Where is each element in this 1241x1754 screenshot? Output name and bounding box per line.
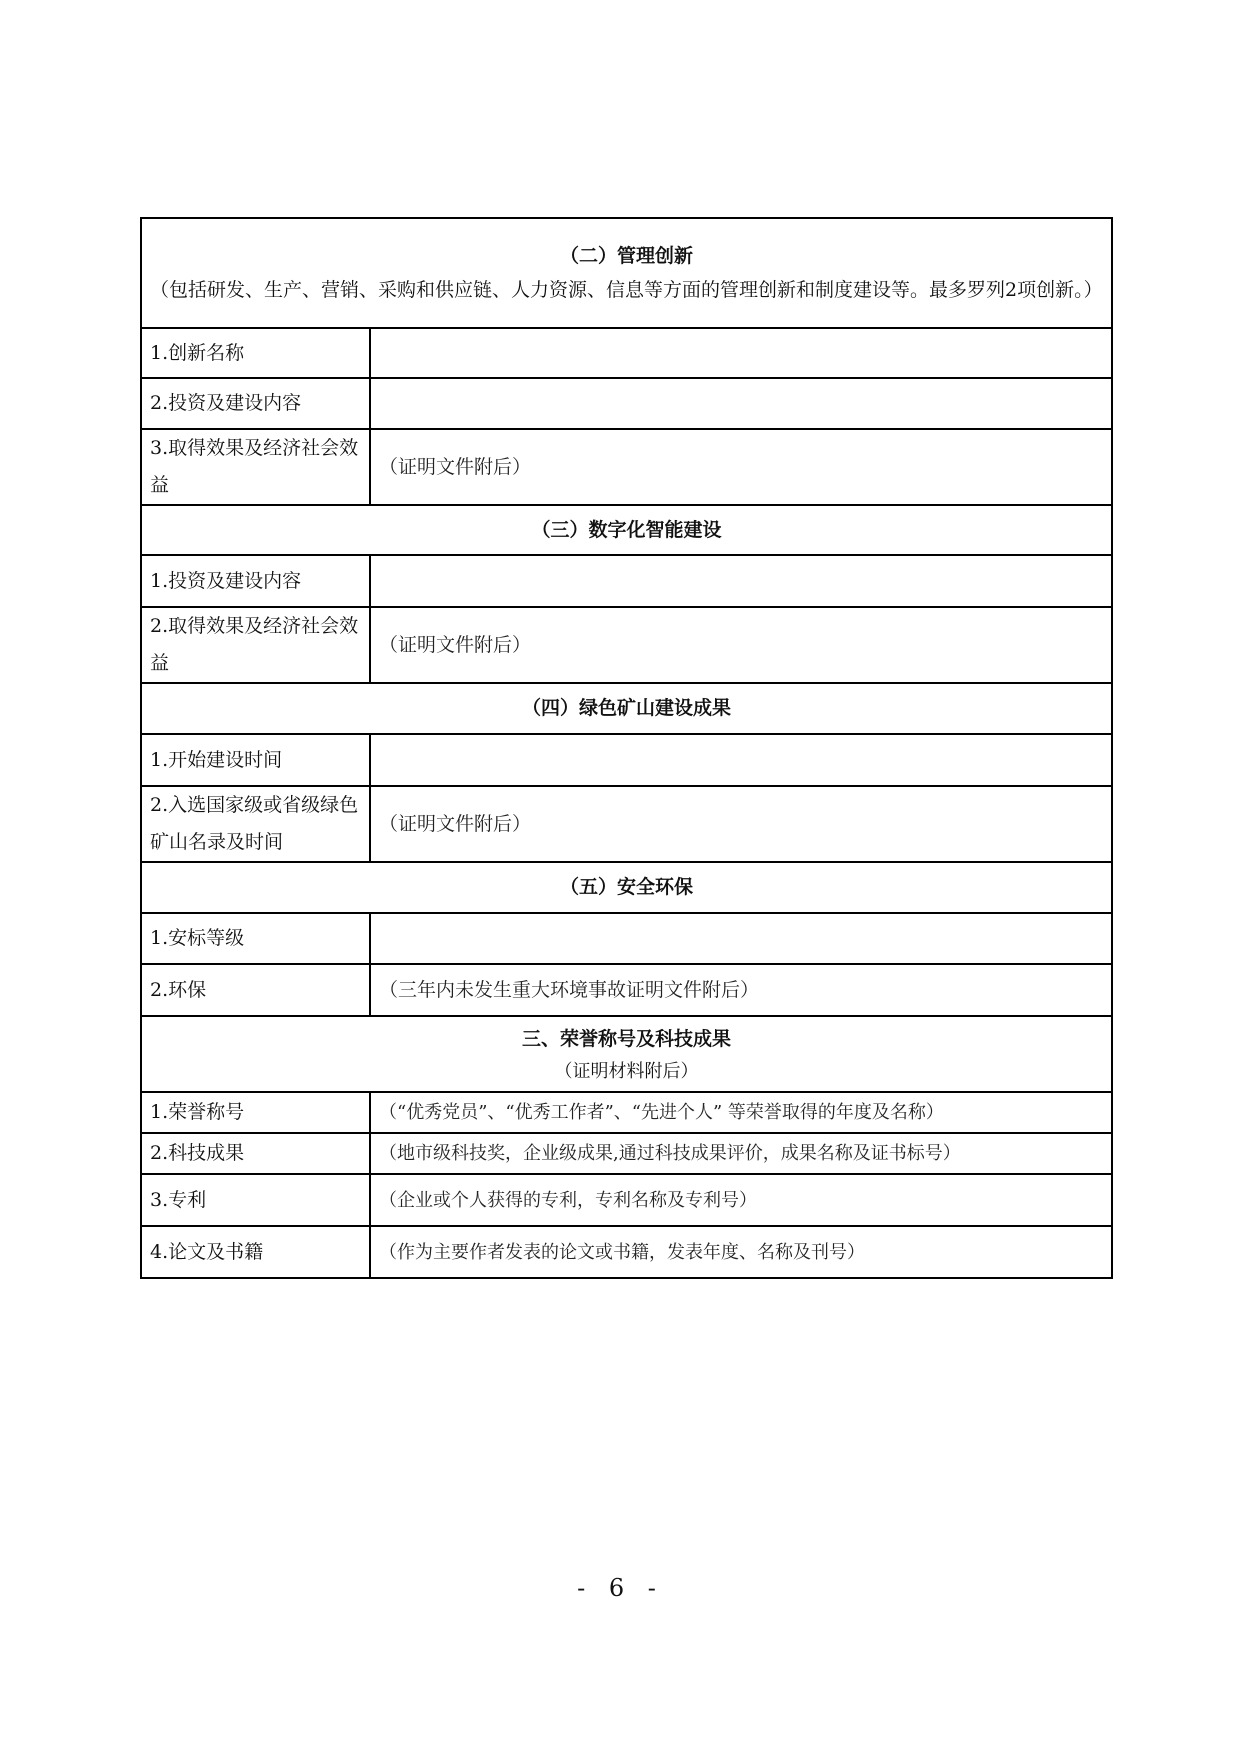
section-title-safety: （五）安全环保 bbox=[141, 862, 1112, 913]
row-value-field[interactable] bbox=[370, 555, 1112, 607]
table-row: 3.专利 （企业或个人获得的专利，专利名称及专利号） bbox=[141, 1174, 1112, 1226]
table-row: 2.入选国家级或省级绿色矿山名录及时间 （证明文件附后） bbox=[141, 786, 1112, 862]
row-label: 2.取得效果及经济社会效益 bbox=[141, 607, 370, 683]
table-row: 2.取得效果及经济社会效益 （证明文件附后） bbox=[141, 607, 1112, 683]
row-value-field[interactable]: （证明文件附后） bbox=[370, 429, 1112, 505]
section-title-honors: 三、荣誉称号及科技成果 bbox=[150, 1021, 1103, 1057]
row-label: 3.专利 bbox=[141, 1174, 370, 1226]
section-header-digital: （三）数字化智能建设 bbox=[141, 505, 1112, 555]
page-number: - 6 - bbox=[0, 1574, 1241, 1602]
section-header-honors: 三、荣誉称号及科技成果 （证明材料附后） bbox=[141, 1016, 1112, 1092]
table-row: 1.创新名称 bbox=[141, 328, 1112, 378]
row-value-field[interactable]: （企业或个人获得的专利，专利名称及专利号） bbox=[370, 1174, 1112, 1226]
row-value-field[interactable]: （证明文件附后） bbox=[370, 607, 1112, 683]
row-value-field[interactable]: （三年内未发生重大环境事故证明文件附后） bbox=[370, 964, 1112, 1016]
row-label: 2.投资及建设内容 bbox=[141, 378, 370, 429]
row-label: 1.开始建设时间 bbox=[141, 734, 370, 786]
row-value-field[interactable] bbox=[370, 734, 1112, 786]
row-label: 2.入选国家级或省级绿色矿山名录及时间 bbox=[141, 786, 370, 862]
row-value-field[interactable] bbox=[370, 328, 1112, 378]
table-row: 1.荣誉称号 （“优秀党员”、“优秀工作者”、“先进个人” 等荣誉取得的年度及名… bbox=[141, 1092, 1112, 1133]
row-label: 1.创新名称 bbox=[141, 328, 370, 378]
application-form-table: （二）管理创新 （包括研发、生产、营销、采购和供应链、人力资源、信息等方面的管理… bbox=[140, 217, 1113, 1279]
table-row: 2.科技成果 （地市级科技奖，企业级成果,通过科技成果评价，成果名称及证书标号） bbox=[141, 1133, 1112, 1174]
table-row: 2.环保 （三年内未发生重大环境事故证明文件附后） bbox=[141, 964, 1112, 1016]
row-value-field[interactable] bbox=[370, 913, 1112, 964]
section-header-green-mine: （四）绿色矿山建设成果 bbox=[141, 683, 1112, 734]
row-label: 1.投资及建设内容 bbox=[141, 555, 370, 607]
section-header-management: （二）管理创新 （包括研发、生产、营销、采购和供应链、人力资源、信息等方面的管理… bbox=[141, 218, 1112, 328]
row-value-field[interactable]: （地市级科技奖，企业级成果,通过科技成果评价，成果名称及证书标号） bbox=[370, 1133, 1112, 1174]
row-label: 3.取得效果及经济社会效益 bbox=[141, 429, 370, 505]
row-label: 1.荣誉称号 bbox=[141, 1092, 370, 1133]
section-note-honors: （证明材料附后） bbox=[150, 1057, 1103, 1087]
row-value-field[interactable] bbox=[370, 378, 1112, 429]
row-value-field[interactable]: （作为主要作者发表的论文或书籍，发表年度、名称及刊号） bbox=[370, 1226, 1112, 1278]
table-row: 1.投资及建设内容 bbox=[141, 555, 1112, 607]
table-row: 1.开始建设时间 bbox=[141, 734, 1112, 786]
table-row: 3.取得效果及经济社会效益 （证明文件附后） bbox=[141, 429, 1112, 505]
section-title-digital: （三）数字化智能建设 bbox=[141, 505, 1112, 555]
table-row: 4.论文及书籍 （作为主要作者发表的论文或书籍，发表年度、名称及刊号） bbox=[141, 1226, 1112, 1278]
section-header-safety: （五）安全环保 bbox=[141, 862, 1112, 913]
section-note-management: （包括研发、生产、营销、采购和供应链、人力资源、信息等方面的管理创新和制度建设等… bbox=[150, 273, 1103, 307]
section-title-green-mine: （四）绿色矿山建设成果 bbox=[141, 683, 1112, 734]
row-label: 1.安标等级 bbox=[141, 913, 370, 964]
table-row: 1.安标等级 bbox=[141, 913, 1112, 964]
row-label: 4.论文及书籍 bbox=[141, 1226, 370, 1278]
row-value-field[interactable]: （证明文件附后） bbox=[370, 786, 1112, 862]
row-label: 2.科技成果 bbox=[141, 1133, 370, 1174]
section-title-management: （二）管理创新 bbox=[150, 239, 1103, 273]
row-value-field[interactable]: （“优秀党员”、“优秀工作者”、“先进个人” 等荣誉取得的年度及名称） bbox=[370, 1092, 1112, 1133]
table-row: 2.投资及建设内容 bbox=[141, 378, 1112, 429]
row-label: 2.环保 bbox=[141, 964, 370, 1016]
